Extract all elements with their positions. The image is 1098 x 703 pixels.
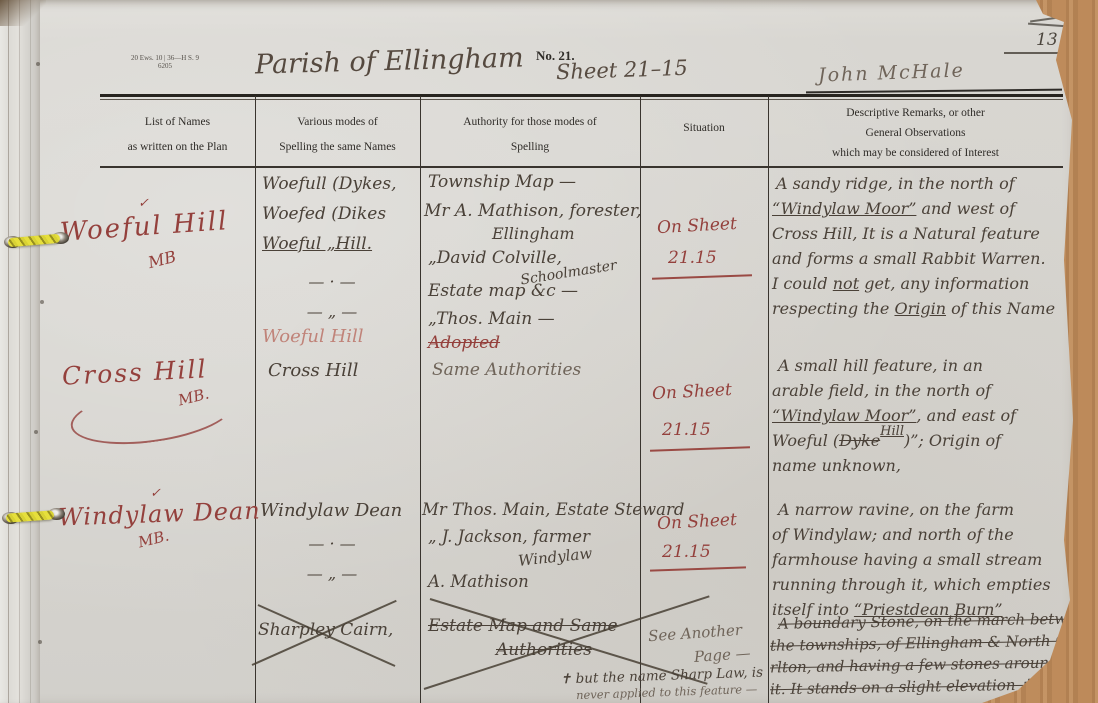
header-authority: Authority for those modes of Spelling (420, 110, 640, 160)
remarks-line: name unknown, (772, 456, 901, 475)
checkmark: ✓ (138, 196, 149, 211)
spelling-entry: Windylaw Dean (260, 500, 402, 521)
remarks-line: I could not get, any information (772, 274, 1029, 293)
remarks-line: rlton, and having a few stones around (770, 653, 1059, 676)
remarks-line: running through it, which empties (772, 575, 1051, 594)
ditto-mark: — · — (262, 534, 402, 553)
authority-entry: Mr Thos. Main, Estate Steward (422, 500, 684, 519)
remarks-line: farmhouse having a small stream (772, 550, 1042, 569)
spelling-entry: Woeful „Hill. (262, 234, 372, 254)
authority-entry: Mr A. Mathison, forester, (424, 201, 642, 221)
paper-speck (36, 62, 40, 66)
scribbled-out-number (1028, 23, 1068, 28)
sheet-note: Sheet 21–15 (556, 56, 689, 85)
plan-name: Woeful Hill (59, 206, 229, 248)
surveyor-signature: John McHale (818, 59, 966, 86)
column-divider (255, 96, 256, 703)
authority-entry-adopted: Adopted (428, 333, 500, 353)
authority-entry: „Thos. Main — (428, 309, 555, 329)
spelling-entry: Woeful Hill (262, 326, 363, 347)
remarks-line: and forms a small Rabbit Warren. (772, 249, 1046, 268)
remarks-line: arable field, in the north of (772, 381, 991, 400)
authority-entry: Windylaw (517, 544, 593, 570)
authority-entry: Estate map &c — (428, 281, 578, 301)
parish-title: Parish of Ellingham (255, 42, 524, 80)
form-print-reference: 20 Ews. 10 | 36—H S. 9 6205 (100, 54, 230, 70)
remarks-line: “Windylaw Moor”, and east of (772, 406, 1016, 425)
table-top-rule (100, 94, 1063, 97)
situation-number: 21.15 (668, 248, 717, 268)
remarks-line: it. It stands on a slight elevation ✝ (770, 676, 1033, 699)
ditto-mark: — „ — (262, 302, 402, 321)
paper-speck (40, 300, 44, 304)
header-descriptive-remarks: Descriptive Remarks, or other General Ob… (768, 103, 1063, 163)
authority-entry: „David Colville, (428, 248, 562, 268)
situation-number: 21.15 (662, 420, 711, 440)
remarks-line: “Windylaw Moor” and west of (772, 199, 1015, 218)
header-list-of-names: List of Names as written on the Plan (100, 110, 255, 160)
header-bottom-rule (100, 166, 1063, 168)
header-various-modes: Various modes of Spelling the same Names (255, 110, 420, 160)
signature-underline (806, 89, 1062, 94)
situation-number: 21.15 (662, 542, 711, 562)
authority-entry: Township Map — (428, 172, 576, 192)
situation-underline (650, 566, 746, 571)
remarks-line: A sandy ridge, in the north of (776, 174, 1015, 193)
page-number-underline (1004, 52, 1086, 54)
column-divider (420, 96, 421, 703)
spelling-entry: Woefull (Dykes, (262, 174, 397, 194)
paper-speck (38, 640, 42, 644)
column-divider (640, 96, 641, 703)
authority-entry: Ellingham (492, 224, 575, 243)
header-situation: Situation (640, 122, 768, 134)
spelling-entry: Woefed (Dikes (262, 204, 386, 224)
remarks-line: Cross Hill, It is a Natural feature (772, 224, 1040, 243)
inserted-word: Hill (880, 424, 904, 439)
book-page-edges (0, 0, 40, 703)
examiner-initials: MB. (136, 526, 171, 551)
ditto-mark: — „ — (262, 564, 402, 583)
remarks-line: of Windylaw; and north of the (772, 525, 1014, 544)
situation-sheet: On Sheet (657, 214, 738, 238)
ditto-mark: — · — (262, 272, 402, 291)
remarks-line: A small hill feature, in an (778, 356, 983, 375)
remarks-line: A narrow ravine, on the farm (778, 500, 1014, 519)
scribbled-out-number (1030, 16, 1066, 23)
table-top-rule-inner (100, 99, 1063, 100)
spelling-entry: Cross Hill (268, 360, 358, 381)
situation-note: Page — (693, 644, 751, 666)
situation-sheet: On Sheet (652, 380, 733, 404)
scan-corner-shadow (0, 0, 46, 26)
column-divider (768, 96, 769, 703)
remarks-line: Woeful (DykeHill)”; Origin of (772, 431, 1001, 450)
register-page: 20 Ews. 10 | 36—H S. 9 6205 Parish of El… (0, 0, 1082, 703)
situation-underline (650, 446, 750, 451)
situation-underline (652, 274, 752, 279)
form-print-line1: 20 Ews. 10 | 36—H S. 9 (100, 54, 230, 62)
form-print-line2: 6205 (100, 62, 230, 70)
remarks-line: respecting the Origin of this Name (772, 299, 1055, 318)
examiner-initials: MB (146, 247, 178, 272)
plan-name: Windylaw Dean (58, 496, 262, 531)
paper-speck (34, 430, 38, 434)
authority-entry: A. Mathison (428, 572, 529, 591)
remarks-line: the townships, of Ellingham & North Cha (770, 631, 1086, 655)
checkmark: ✓ (150, 486, 161, 501)
page-number: 13 (1036, 30, 1058, 50)
authority-entry: „ J. Jackson, farmer (428, 527, 590, 546)
situation-note: See Another (647, 621, 742, 646)
authority-entry: Same Authorities (432, 360, 581, 380)
